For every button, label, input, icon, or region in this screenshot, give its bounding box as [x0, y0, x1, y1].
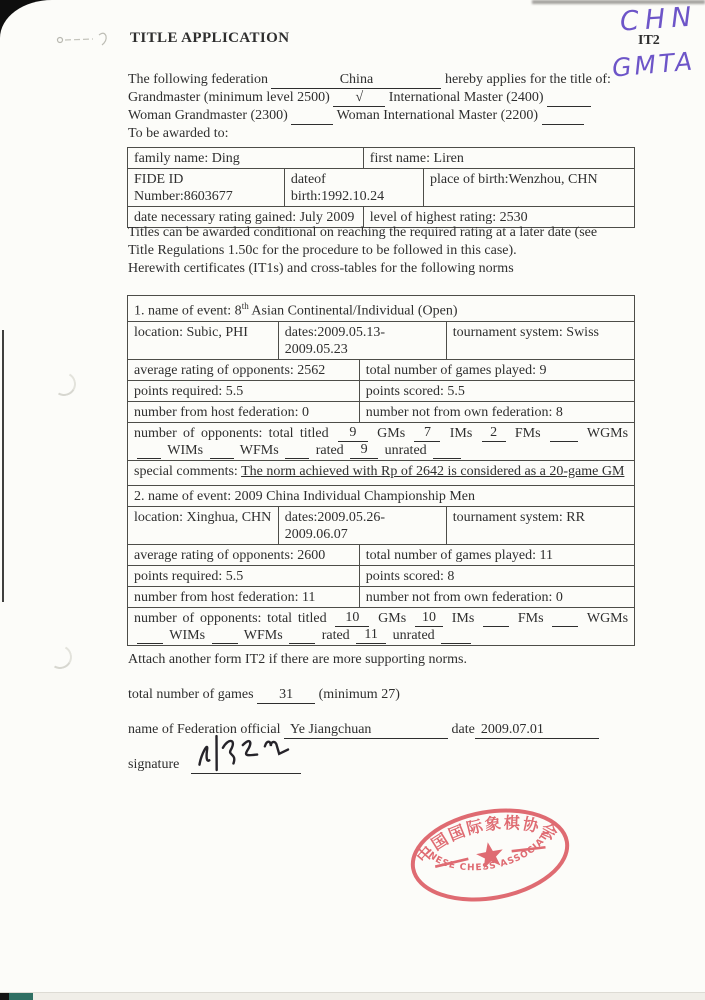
intro-line-gm-im: Grandmaster (minimum level 2500) √ Inter…: [128, 89, 640, 107]
rated-label: rated: [316, 443, 344, 458]
document-title: TITLE APPLICATION: [130, 30, 289, 47]
signature-blank: [191, 757, 301, 774]
gm-title-label: Grandmaster (minimum level 2500): [128, 90, 330, 105]
family-name-cell: family name: Ding: [128, 148, 363, 168]
event2-not-own-federation-cell: number not from own federation: 0: [359, 587, 634, 607]
ims-blank: 2: [482, 425, 506, 442]
scan-artifact-bottom-edge: [0, 992, 705, 1000]
conditions-line-2: Title Regulations 1.50c for the procedur…: [128, 242, 640, 260]
opponents-total-blank: 9: [338, 425, 368, 442]
fms-blank: [552, 610, 578, 627]
gms-label: GMs: [378, 611, 406, 626]
scanner-background: TITLE APPLICATION IT2 CHN GMTA The follo…: [0, 0, 705, 1000]
event2-points-required-cell: points required: 5.5: [128, 566, 359, 586]
opponents-lead-label: number of opponents: total titled: [134, 611, 327, 626]
birth-date-cell: dateof birth:1992.10.24: [284, 169, 423, 206]
event1-points-required-cell: points required: 5.5: [128, 381, 359, 401]
intro-section: The following federation China hereby ap…: [128, 71, 640, 143]
table-row: number of opponents: total titled 9 GMs …: [128, 422, 634, 460]
unrated-blank: [433, 442, 461, 459]
event2-location-cell: location: Xinghua, CHN: [128, 507, 278, 544]
total-games-min: (minimum 27): [319, 687, 400, 702]
event2-games-played-cell: total number of games played: 11: [359, 545, 634, 565]
im-title-label: International Master (2400): [389, 90, 544, 105]
handwritten-note-chn: CHN: [619, 1, 698, 37]
total-games-label: total number of games: [128, 687, 254, 702]
fms-blank: [550, 425, 578, 442]
wims-label: WIMs: [167, 443, 203, 458]
wgm-title-label: Woman Grandmaster (2300): [128, 108, 288, 123]
conditions-line-3: Herewith certificates (IT1s) and cross-t…: [128, 260, 640, 278]
date-blank: 2009.07.01: [475, 722, 599, 739]
stamp-english-text: CHINESE CHESS ASSOCIATION: [397, 792, 558, 887]
conditions-line-1: Titles can be awarded conditional on rea…: [128, 224, 640, 242]
event1-system-cell: tournament system: Swiss: [446, 322, 634, 359]
awarded-to-table: family name: Ding first name: Liren FIDE…: [127, 147, 635, 228]
im-check-blank: [547, 90, 591, 107]
signature-line: signature: [128, 756, 301, 774]
table-row: average rating of opponents: 2562 total …: [128, 359, 634, 380]
federation-blank: China: [271, 72, 441, 89]
table-row: FIDE ID Number:8603677 dateof birth:1992…: [128, 168, 634, 206]
wgms-blank: [137, 627, 163, 644]
unrated-label: unrated: [385, 443, 427, 458]
scan-artifact-corner-teal: [9, 993, 33, 1000]
fms-label: FMs: [515, 426, 541, 441]
applies-label: hereby applies for the title of:: [445, 72, 611, 87]
wfms-label: WFMs: [244, 628, 283, 643]
event2-opponents-cell: number of opponents: total titled 10 GMs…: [128, 608, 634, 645]
event1-avg-rating-cell: average rating of opponents: 2562: [128, 360, 359, 380]
event1-games-played-cell: total number of games played: 9: [359, 360, 634, 380]
table-row: number from host federation: 11 number n…: [128, 586, 634, 607]
opponents-lead-label: number of opponents: total titled: [134, 426, 329, 441]
table-row: 1. name of event: 8th Asian Continental/…: [128, 296, 634, 321]
event1-not-own-federation-cell: number not from own federation: 8: [359, 402, 634, 422]
first-name-cell: first name: Liren: [363, 148, 634, 168]
table-row: family name: Ding first name: Liren: [128, 148, 634, 168]
scan-artifact-corner-black: [0, 993, 9, 1000]
intro-line-wgm-wim: Woman Grandmaster (2300) Woman Internati…: [128, 107, 640, 125]
event2-avg-rating-cell: average rating of opponents: 2600: [128, 545, 359, 565]
table-row: 2. name of event: 2009 China Individual …: [128, 486, 634, 506]
signature-label: signature: [128, 757, 179, 772]
wims-label: WIMs: [169, 628, 205, 643]
event2-points-scored-cell: points scored: 8: [359, 566, 634, 586]
event1-dates-cell: dates:2009.05.13-2009.05.23: [278, 322, 446, 359]
wim-check-blank: [542, 108, 584, 125]
wfms-blank: [285, 442, 309, 459]
date-label: date: [452, 722, 475, 737]
punch-hole-shadow-lower: [45, 642, 74, 671]
event1-host-federation-cell: number from host federation: 0: [128, 402, 359, 422]
signature-scribble: [191, 727, 301, 773]
event1-name-cell: 1. name of event: 8th Asian Continental/…: [128, 296, 634, 321]
wfms-label: WFMs: [240, 443, 279, 458]
fms-label: FMs: [518, 611, 544, 626]
event2-system-cell: tournament system: RR: [446, 507, 634, 544]
rated-blank: 11: [356, 627, 386, 644]
event1-name-pre: 1. name of event: 8: [134, 304, 242, 319]
event2-dates-cell: dates:2009.05.26-2009.06.07: [278, 507, 446, 544]
ims-blank: [483, 610, 509, 627]
table-row: points required: 5.5 points scored: 8: [128, 565, 634, 586]
scan-artifact-left-edge-line: [2, 330, 4, 602]
special-comments-label: special comments:: [134, 464, 238, 479]
gms-blank: 10: [415, 610, 443, 627]
event1-points-scored-cell: points scored: 5.5: [359, 381, 634, 401]
federation-label: The following federation: [128, 72, 268, 87]
table-row: location: Xinghua, CHN dates:2009.05.26-…: [128, 506, 634, 544]
event1-location-cell: location: Subic, PHI: [128, 322, 278, 359]
scanned-title-application-form: TITLE APPLICATION IT2 CHN GMTA The follo…: [0, 0, 705, 1000]
event1-name-sup: th: [242, 301, 249, 311]
wgm-check-blank: [291, 108, 333, 125]
event1-table: 1. name of event: 8th Asian Continental/…: [127, 295, 635, 499]
birth-place-cell: place of birth:Wenzhou, CHN: [423, 169, 634, 206]
wgms-blank: [137, 442, 161, 459]
fide-id-cell: FIDE ID Number:8603677: [128, 169, 284, 206]
awarded-to-label: To be awarded to:: [128, 125, 640, 143]
unrated-label: unrated: [393, 628, 435, 643]
scan-artifact-pencil-mark: [55, 30, 115, 54]
event2-name-cell: 2. name of event: 2009 China Individual …: [128, 486, 634, 506]
association-stamp: 中国国际象棋协会 CHINESE CHESS ASSOCIATION: [397, 792, 583, 918]
table-row: number of opponents: total titled 10 GMs…: [128, 607, 634, 645]
total-games-blank: 31: [257, 687, 315, 704]
unrated-blank: [441, 627, 471, 644]
table-row: points required: 5.5 points scored: 5.5: [128, 380, 634, 401]
wim-title-label: Woman International Master (2200): [337, 108, 538, 123]
table-row: number from host federation: 0 number no…: [128, 401, 634, 422]
event1-name-post: Asian Continental/Individual (Open): [249, 304, 458, 319]
gms-blank: 7: [414, 425, 440, 442]
ims-label: IMs: [452, 611, 475, 626]
event2-table: 2. name of event: 2009 China Individual …: [127, 485, 635, 646]
wims-blank: [210, 442, 234, 459]
conditions-section: Titles can be awarded conditional on rea…: [128, 224, 640, 278]
table-row: average rating of opponents: 2600 total …: [128, 544, 634, 565]
opponents-total-blank: 10: [335, 610, 369, 627]
table-row: location: Subic, PHI dates:2009.05.13-20…: [128, 321, 634, 359]
rated-label: rated: [322, 628, 350, 643]
punch-hole-shadow-upper: [49, 369, 78, 398]
ims-label: IMs: [450, 426, 473, 441]
wgms-label: WGMs: [587, 611, 628, 626]
wims-blank: [212, 627, 238, 644]
gm-check-blank: √: [333, 90, 385, 107]
wgms-label: WGMs: [587, 426, 628, 441]
event2-host-federation-cell: number from host federation: 11: [128, 587, 359, 607]
event1-opponents-cell: number of opponents: total titled 9 GMs …: [128, 423, 634, 460]
wfms-blank: [289, 627, 315, 644]
rated-blank: 9: [350, 442, 378, 459]
attach-note: Attach another form IT2 if there are mor…: [128, 651, 467, 669]
intro-line-federation: The following federation China hereby ap…: [128, 71, 640, 89]
gms-label: GMs: [377, 426, 405, 441]
official-name-blank: Ye Jiangchuan: [284, 722, 448, 739]
total-games-line: total number of games 31 (minimum 27): [128, 686, 400, 704]
